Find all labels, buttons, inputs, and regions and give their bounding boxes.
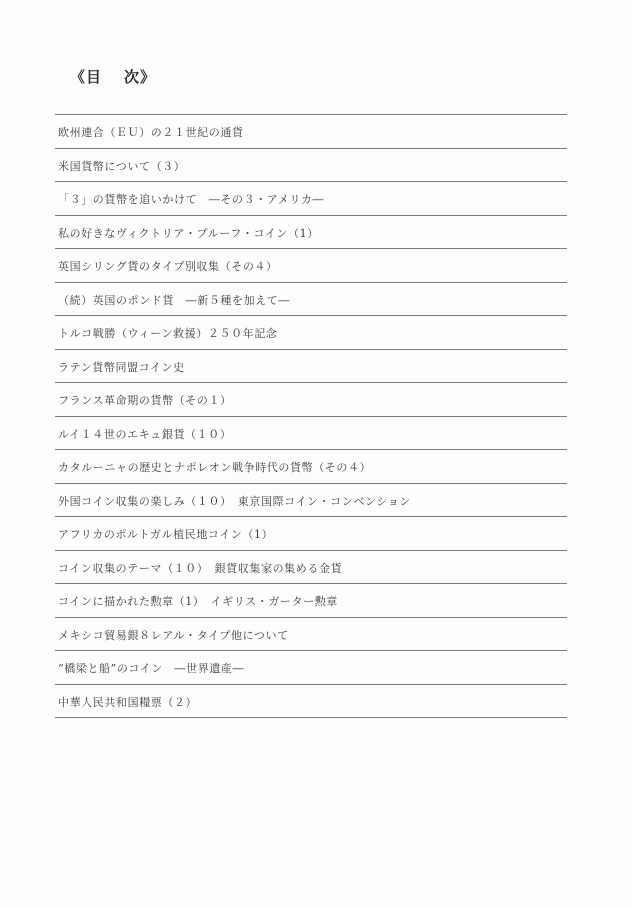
toc-entry: カタルーニャの歴史とナポレオン戦争時代の貨幣（その４） xyxy=(55,450,567,484)
toc-entry: コイン収集のテーマ（１０） 銀貨収集家の集める金貨 xyxy=(55,551,567,585)
toc-entry: ラテン貨幣同盟コイン史 xyxy=(55,350,567,384)
toc-entry: コインに描かれた勲章（1） イギリス・ガーター勲章 xyxy=(55,584,567,618)
toc-entry: 欧州連合（ＥＵ）の２１世紀の通貨 xyxy=(55,115,567,149)
toc-entry: ルイ１４世のエキュ銀貨（１０） xyxy=(55,417,567,451)
toc-entry: 米国貨幣について（３） xyxy=(55,149,567,183)
toc-entry: トルコ戦勝（ウィーン救援）２５０年記念 xyxy=(55,316,567,350)
toc-entry: 外国コイン収集の楽しみ（１０） 東京国際コイン・コンベンション xyxy=(55,484,567,518)
table-of-contents: 欧州連合（ＥＵ）の２１世紀の通貨 米国貨幣について（３） 「３」の貨幣を追いかけ… xyxy=(55,114,567,718)
title-open: 《目 xyxy=(70,68,102,86)
toc-entry: 中華人民共和国糧票（２） xyxy=(55,685,567,719)
toc-entry: 英国シリング貨のタイプ別収集（その４） xyxy=(55,249,567,283)
page-title: 《目次》 xyxy=(70,66,156,87)
toc-entry: メキシコ貿易銀８レアル・タイプ他について xyxy=(55,618,567,652)
title-close: 次》 xyxy=(124,68,156,86)
toc-entry: 私の好きなヴィクトリア・プルーフ・コイン（1） xyxy=(55,216,567,250)
toc-entry: アフリカのポルトガル植民地コイン（1） xyxy=(55,517,567,551)
toc-entry: “橋梁と船”のコイン ―世界遺産― xyxy=(55,651,567,685)
toc-entry: 「３」の貨幣を追いかけて ―その３・アメリカ― xyxy=(55,182,567,216)
toc-entry: （続）英国のポンド貨 ―新５種を加えて― xyxy=(55,283,567,317)
toc-entry: フランス革命期の貨幣（その１） xyxy=(55,383,567,417)
